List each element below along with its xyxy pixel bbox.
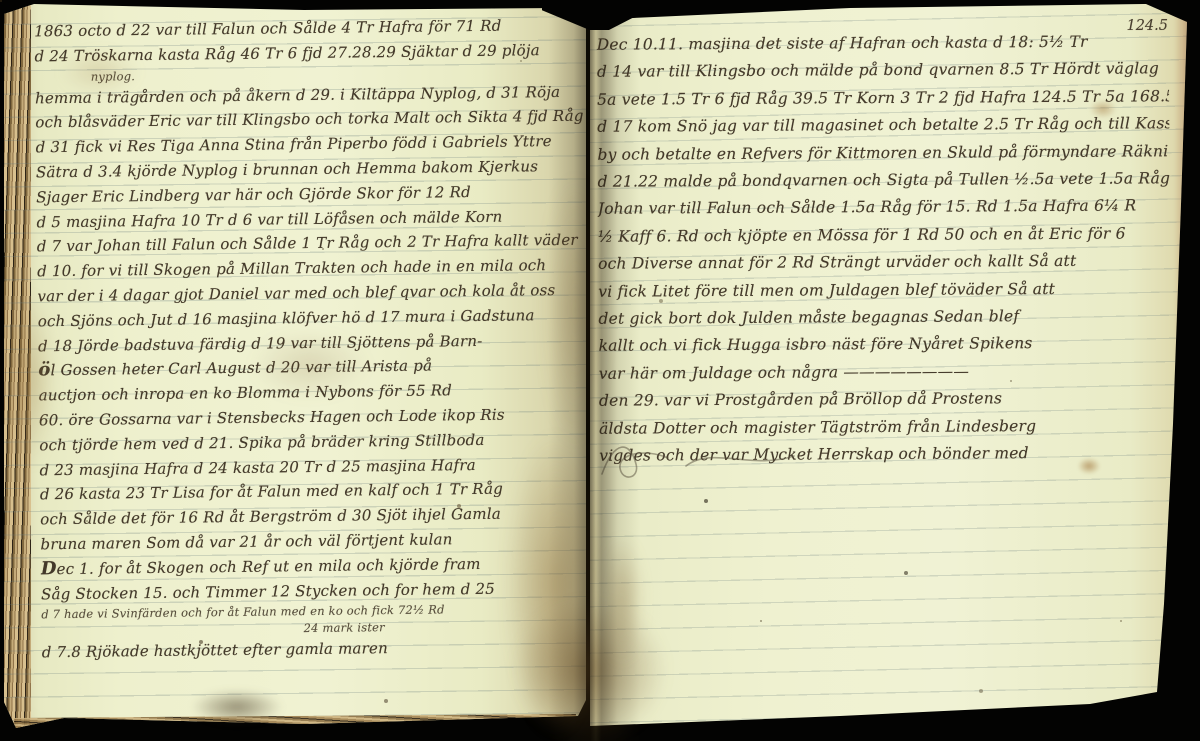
manuscript-line: by och betalte en Refvers för Kittmoren … (597, 138, 1169, 169)
left-page: 1863 octo d 22 var till Falun och Sålde … (4, 2, 586, 736)
manuscript-line: ½ Kaff 6. Rd och kjöpte en Mössa för 1 R… (598, 220, 1170, 251)
page-number: 124.5 (1126, 18, 1168, 34)
manuscript-line: kallt och vi fick Hugga isbro näst före … (599, 330, 1171, 361)
manuscript-line: d 17 kom Snö jag var till magasinet och … (597, 110, 1169, 141)
manuscript-line: var här om Juldage och några ———————— (599, 357, 1171, 388)
manuscript-line: 5a vete 1.5 Tr 6 fjd Råg 39.5 Tr Korn 3 … (597, 83, 1169, 114)
manuscript-line: d 7.8 Rjökade hastkjöttet efter gamla ma… (42, 634, 590, 665)
manuscript-line: Johan var till Falun och Sålde 1.5a Råg … (598, 193, 1170, 224)
ink-specks (0, 0, 2, 2)
ink-flourish-icon (594, 434, 804, 486)
right-page-text: Dec 10.11. masjina det siste af Hafran o… (597, 28, 1172, 470)
manuscript-line: d 14 var till Klingsbo och mälde på bond… (597, 56, 1169, 87)
page-stack-edge-left (4, 2, 31, 736)
manuscript-line: den 29. var vi Prostgården på Bröllop då… (599, 385, 1171, 416)
manuscript-line: det gick bort dok Julden måste begagnas … (598, 302, 1170, 333)
page-edge-tint (1174, 4, 1190, 734)
left-page-text: 1863 octo d 22 var till Falun och Sålde … (34, 13, 590, 666)
book-photo: 1863 octo d 22 var till Falun och Sålde … (0, 0, 1200, 741)
right-page: 124.5 Dec 10.11. masjina det siste af Ha… (590, 4, 1190, 734)
page-stack-edge-bottom (14, 714, 576, 736)
manuscript-line: vi fick Litet före till men om Juldagen … (598, 275, 1170, 306)
manuscript-line: 24 mark ister (303, 617, 589, 637)
manuscript-line: Dec 10.11. masjina det siste af Hafran o… (597, 28, 1169, 59)
manuscript-line: d 21.22 malde på bondqvarnen och Sigta p… (598, 165, 1170, 196)
manuscript-line: och Diverse annat för 2 Rd Strängt urväd… (598, 248, 1170, 279)
